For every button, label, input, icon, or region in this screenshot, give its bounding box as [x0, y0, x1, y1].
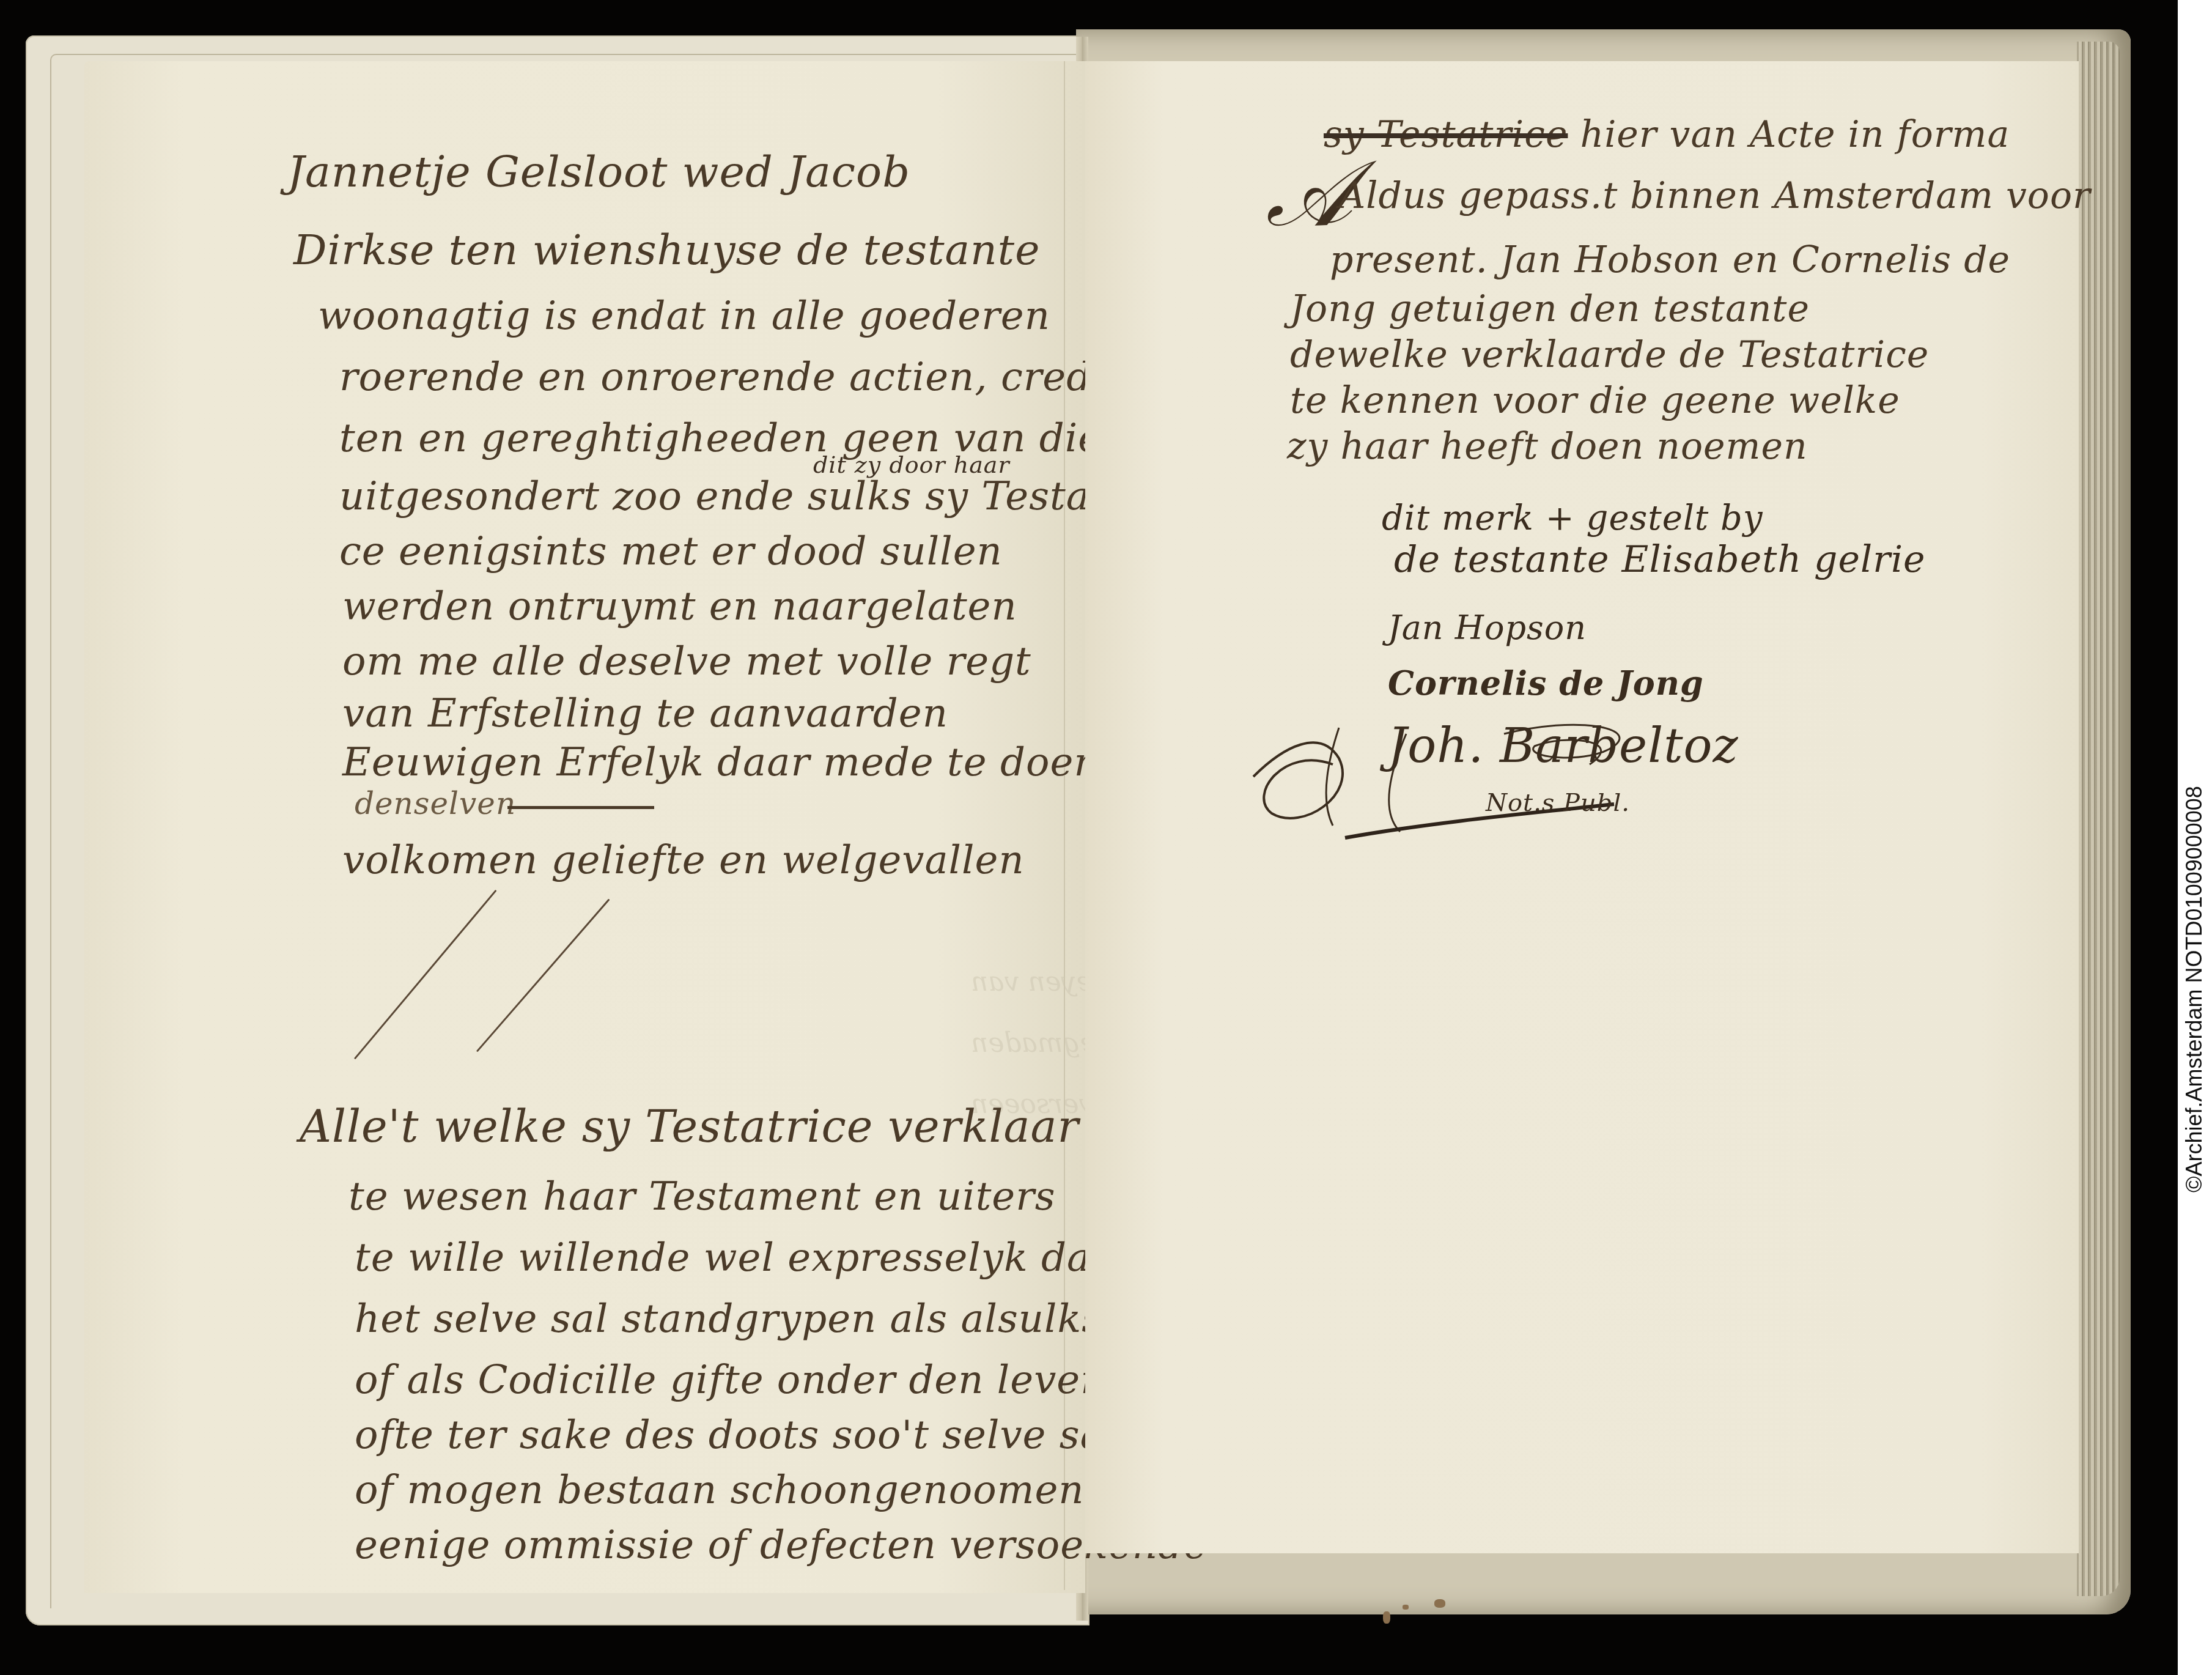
notary-title: Not.s Publ. — [1486, 789, 1630, 817]
right-line-4: dewelke verklaarde de Testatrice — [1290, 333, 1929, 376]
ink-speck — [1383, 1611, 1390, 1624]
signature-notary: Joh. Barbeltoz — [1388, 719, 1739, 774]
closing-line-8: eenige ommissie of defecten versoekende — [355, 1523, 1207, 1568]
right-line-2: present. Jan Hobson en Cornelis de — [1330, 238, 2010, 281]
left-line-13: volkomen geliefte en welgevallen — [342, 838, 1025, 883]
filler-line — [507, 806, 654, 809]
scan-background: tygen ende verreyen van geven nde verreg… — [0, 0, 2178, 1675]
ink-speck — [1434, 1599, 1445, 1608]
right-line-0: sy Testatrice hier van Acte in forma — [1324, 113, 2010, 156]
right-line-3: Jong getuigen den testante — [1290, 287, 1810, 330]
left-line-1: Jannetje Gelsloot wed Jacob — [287, 147, 910, 197]
left-line-11: Eeuwigen Erfelyk daar mede te doen — [342, 740, 1100, 785]
closing-line-5: of als Codicille gifte onder den levende — [355, 1358, 1156, 1403]
right-line-1: Aldus gepass.t binnen Amsterdam voor — [1339, 174, 2091, 217]
signature-jan-hopson: Jan Hopson — [1388, 608, 1587, 647]
left-line-8: werden ontruymt en naargelaten — [342, 584, 1017, 629]
closing-line-2: te wesen haar Testament en uiters — [348, 1174, 1056, 1219]
closing-line-7: of mogen bestaan schoongenoomen — [355, 1468, 1085, 1513]
struck-text: sy Testatrice — [1324, 113, 1568, 156]
left-line-12: denselven — [355, 786, 516, 821]
left-line-3: woonagtig is endat in alle goederen — [318, 294, 1050, 339]
closing-line-4: het selve sal standgrypen als alsulks — [355, 1296, 1102, 1342]
left-line-10: van Erfstelling te aanvaarden — [342, 691, 948, 736]
mark-note-line-2: de testante Elisabeth gelrie — [1394, 538, 1926, 581]
left-line-7: ce eenigsints met er dood sullen — [339, 529, 1003, 574]
right-line-0-text: hier van Acte in forma — [1580, 113, 2010, 156]
closing-line-1: Alle't welke sy Testatrice verklaar — [300, 1101, 1079, 1152]
right-line-6: zy haar heeft doen noemen — [1287, 425, 1808, 468]
left-line-9: om me alle deselve met volle regt — [342, 639, 1031, 684]
ink-speck — [1403, 1605, 1409, 1610]
copyright-label: ©Archief.Amsterdam NOTD01009000008 — [2181, 786, 2207, 1192]
mark-note-line-1: dit merk + gestelt by — [1382, 498, 1763, 538]
left-line-2: Dirkse ten wienshuyse de testante — [293, 226, 1040, 275]
left-line-4: roerende en onroerende actien, credi — [339, 355, 1105, 400]
closing-line-3: te wille willende wel expresselyk dat — [355, 1235, 1107, 1281]
left-line-6: uitgesondert zoo ende sulks sy Testatri — [339, 474, 1139, 519]
right-line-5: te kennen voor die geene welke — [1290, 379, 1900, 422]
